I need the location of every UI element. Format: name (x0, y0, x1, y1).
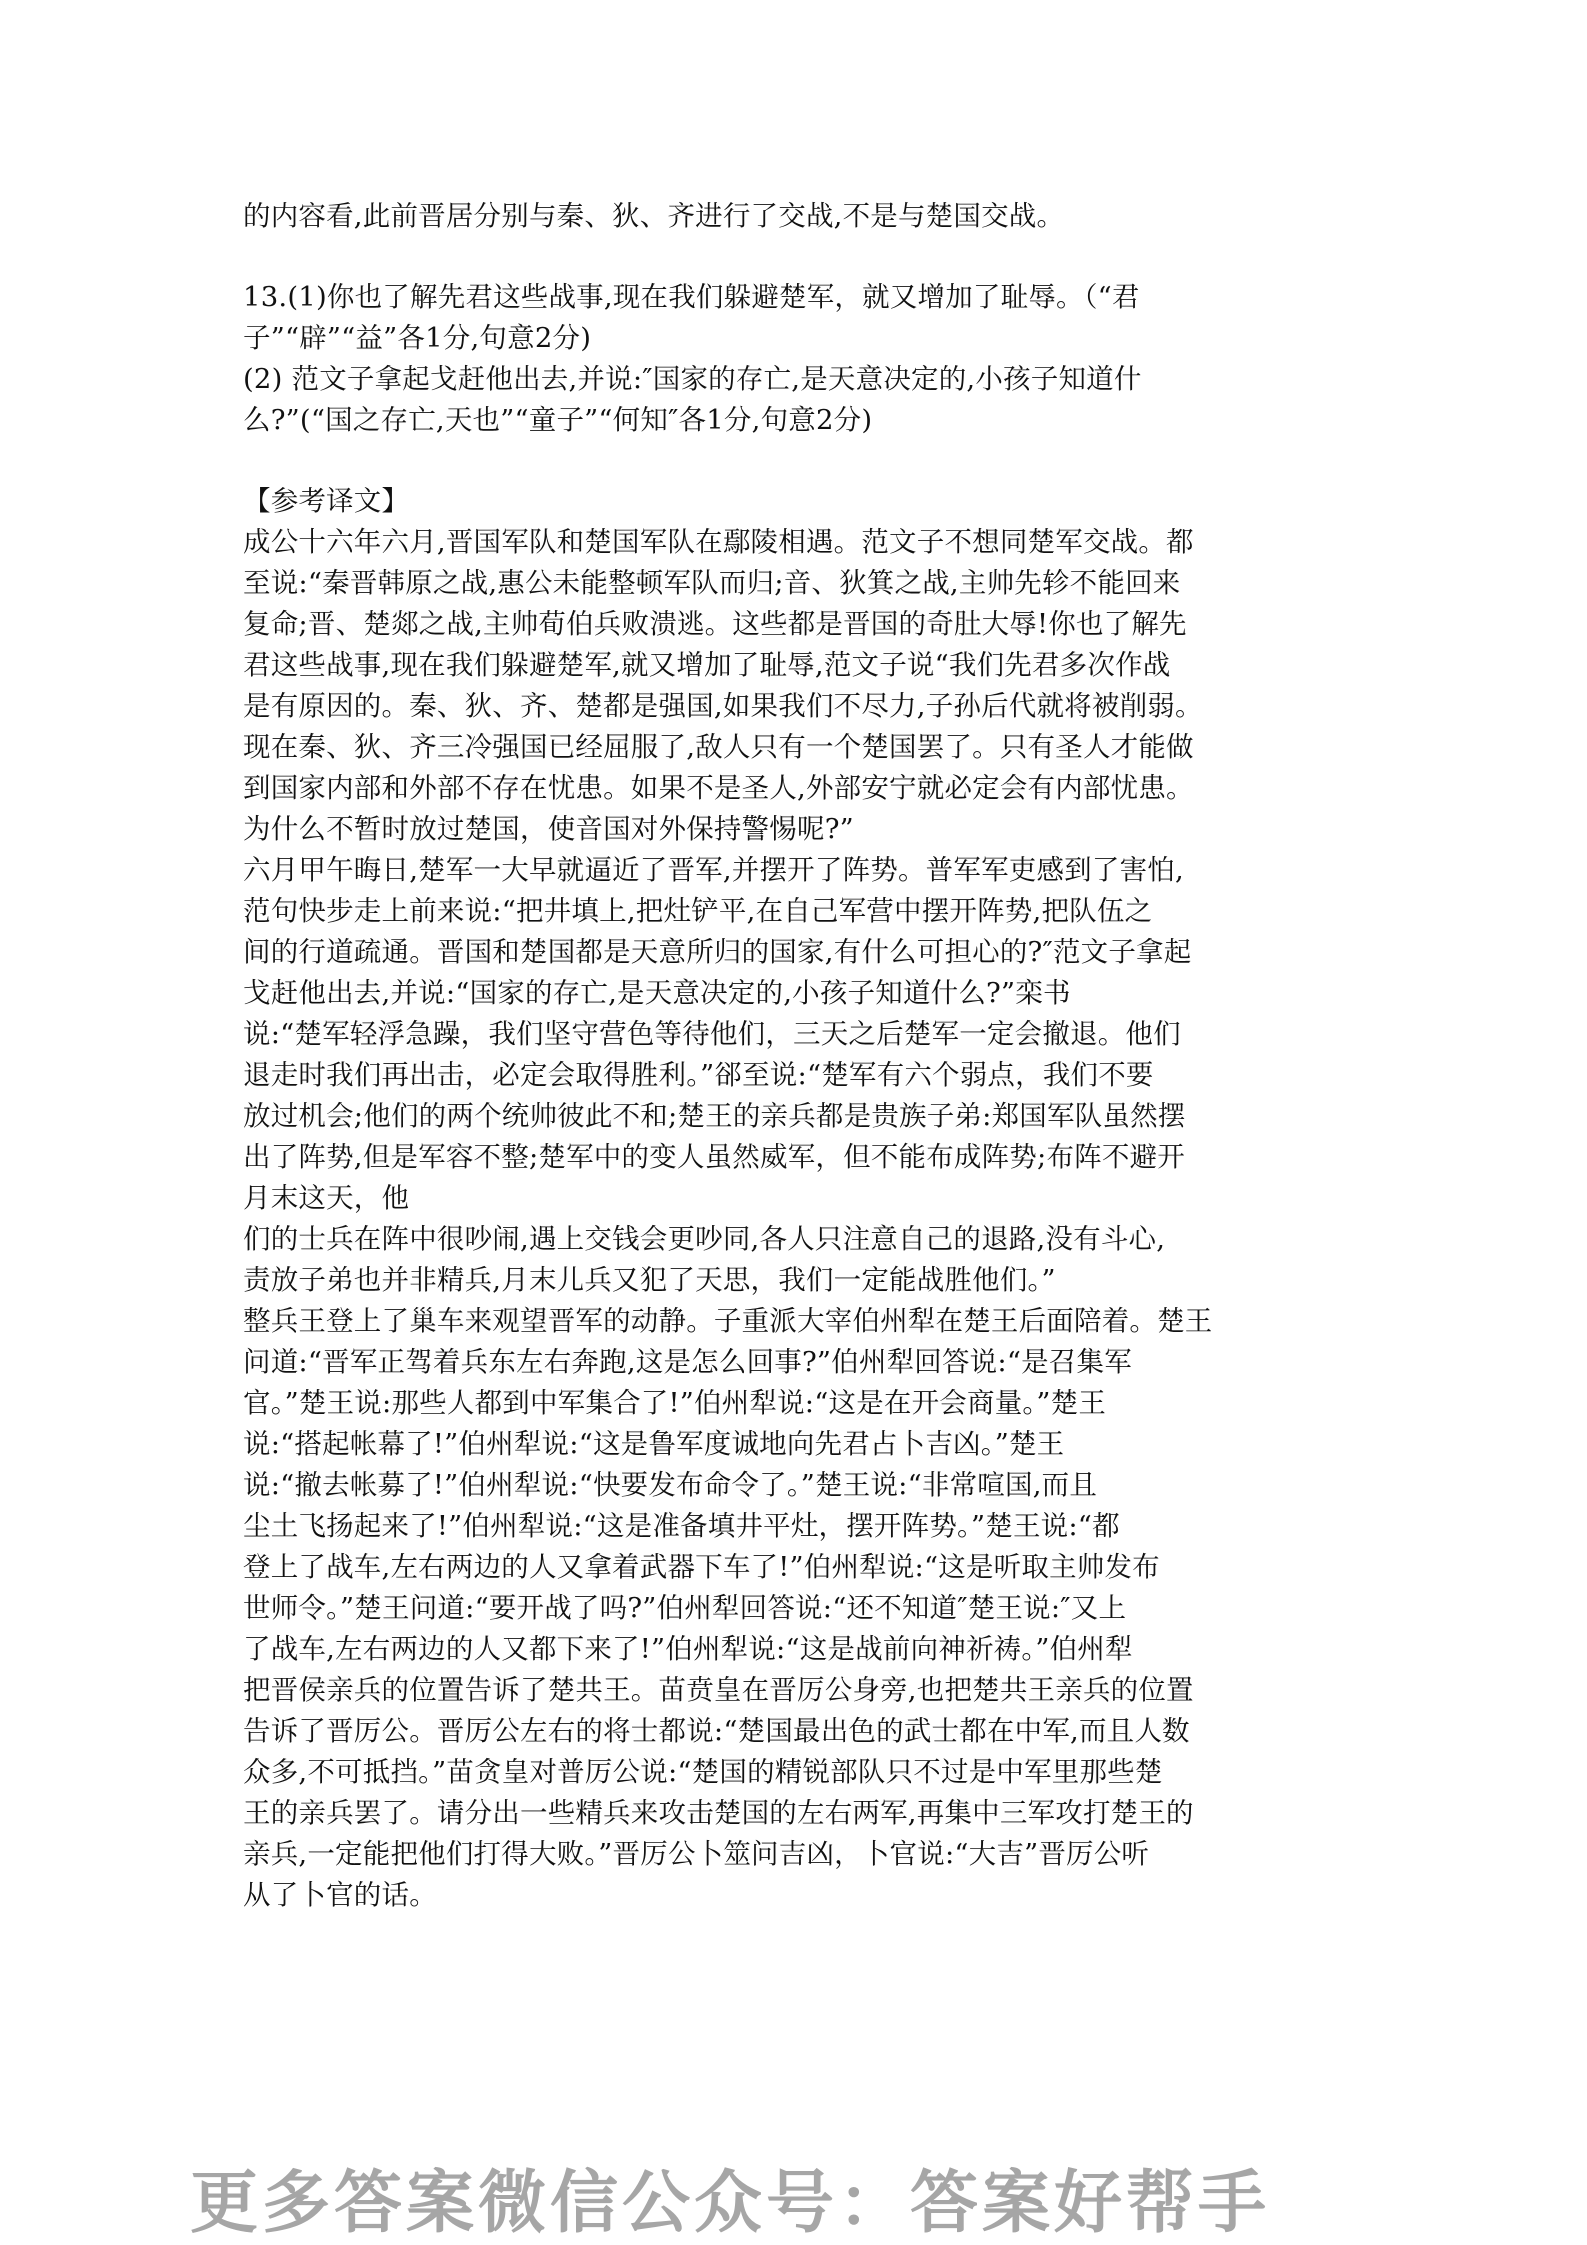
translation-line: 登上了战车,左右两边的人又拿着武器下车了!”伯州犁说:“这是听取主帅发布 (243, 1547, 1353, 1588)
answer-13-line: 么?”(“国之存亡,天也”“童子”“何知″各1分,句意2分) (243, 400, 1353, 441)
section-heading: 【参考译文】 (243, 481, 1353, 522)
translation-line: 了战车,左右两边的人又都下来了!”伯州犁说:“这是战前向神祈祷。”伯州犁 (243, 1629, 1353, 1670)
translation-line: 从了卜官的话。 (243, 1875, 1353, 1916)
translation-line: 出了阵势,但是军容不整;楚军中的变人虽然威军，但不能布成阵势;布阵不避开 (243, 1137, 1353, 1178)
translation-line: 成公十六年六月,晋国军队和楚国军队在鄢陵相遇。范文子不想同楚军交战。都 (243, 522, 1353, 563)
answer-13-line: 13.(1)你也了解先君这些战事,现在我们躲避楚军，就又增加了耻辱。（“君 (243, 277, 1353, 318)
translation-line: 六月甲午晦日,楚军一大早就逼近了晋军,并摆开了阵势。普军军吏感到了害怕, (243, 850, 1353, 891)
translation-line: 戈赶他出去,并说:“国家的存亡,是天意决定的,小孩子知道什么?”栾书 (243, 973, 1353, 1014)
translation-line: 世师令。”楚王问道:“要开战了吗?”伯州犁回答说:“还不知道″楚王说:″又上 (243, 1588, 1353, 1629)
translation-line: 至说:“秦晋韩原之战,惠公未能整顿军队而归;音、狄箕之战,主帅先轸不能回来 (243, 563, 1353, 604)
translation-line: 放过机会;他们的两个统帅彼此不和;楚王的亲兵都是贵族子弟:郑国军队虽然摆 (243, 1096, 1353, 1137)
reference-translation: 【参考译文】 成公十六年六月,晋国军队和楚国军队在鄢陵相遇。范文子不想同楚军交战… (243, 481, 1353, 1916)
watermark-banner: 更多答案微信公众号：答案好帮手 (190, 2163, 1420, 2245)
translation-line: 问道:“晋军正驾着兵东左右奔跑,这是怎么回事?”伯州犁回答说:“是召集军 (243, 1342, 1353, 1383)
answer-13-line: (2) 范文子拿起戈赶他出去,并说:″国家的存亡,是天意决定的,小孩子知道什 (243, 359, 1353, 400)
translation-line: 告诉了晋厉公。晋厉公左右的将士都说:“楚国最出色的武士都在中军,而且人数 (243, 1711, 1353, 1752)
answer-13: 13.(1)你也了解先君这些战事,现在我们躲避楚军，就又增加了耻辱。（“君 子”… (243, 277, 1353, 441)
translation-line: 们的士兵在阵中很吵闹,遇上交钱会更吵同,各人只注意自己的退路,没有斗心, (243, 1219, 1353, 1260)
answer-12-tail: 的内容看,此前晋居分别与秦、狄、齐进行了交战,不是与楚国交战。 (243, 196, 1353, 237)
translation-line: 退走时我们再出击，必定会取得胜利。”郤至说:“楚军有六个弱点，我们不要 (243, 1055, 1353, 1096)
translation-line: 范句快步走上前来说:“把井填上,把灶铲平,在自己军营中摆开阵势,把队伍之 (243, 891, 1353, 932)
document-page: 的内容看,此前晋居分别与秦、狄、齐进行了交战,不是与楚国交战。 13.(1)你也… (243, 196, 1353, 1916)
translation-line: 到国家内部和外部不存在忧患。如果不是圣人,外部安宁就必定会有内部忧患。 (243, 768, 1353, 809)
translation-line: 亲兵,一定能把他们打得大败。”晋厉公卜筮问吉凶，卜官说:“大吉”晋厉公听 (243, 1834, 1353, 1875)
translation-line: 尘土飞扬起来了!”伯州犁说:“这是准备填井平灶，摆开阵势。”楚王说:“都 (243, 1506, 1353, 1547)
translation-line: 官。”楚王说:那些人都到中军集合了!”伯州犁说:“这是在开会商量。”楚王 (243, 1383, 1353, 1424)
translation-line: 现在秦、狄、齐三冷强国已经屈服了,敌人只有一个楚国罢了。只有圣人才能做 (243, 727, 1353, 768)
translation-line: 君这些战事,现在我们躲避楚军,就又增加了耻辱,范文子说“我们先君多次作战 (243, 645, 1353, 686)
translation-line: 把晋侯亲兵的位置告诉了楚共王。苗贲皇在晋厉公身旁,也把楚共王亲兵的位置 (243, 1670, 1353, 1711)
translation-line: 责放子弟也并非精兵,月末儿兵又犯了天思，我们一定能战胜他们。” (243, 1260, 1353, 1301)
translation-line: 整兵王登上了巢车来观望晋军的动静。子重派大宰伯州犁在楚王后面陪着。楚王 (243, 1301, 1353, 1342)
translation-line: 复命;晋、楚郯之战,主帅荀伯兵败溃逃。这些都是晋国的奇肚大辱!你也了解先 (243, 604, 1353, 645)
translation-line: 是有原因的。秦、狄、齐、楚都是强国,如果我们不尽力,子孙后代就将被削弱。 (243, 686, 1353, 727)
paragraph-gap (243, 441, 1353, 481)
translation-line: 众多,不可抵挡。”苗贪皇对普厉公说:“楚国的精锐部队只不过是中军里那些楚 (243, 1752, 1353, 1793)
translation-line: 间的行道疏通。晋国和楚国都是天意所归的国家,有什么可担心的?″范文子拿起 (243, 932, 1353, 973)
translation-line: 王的亲兵罢了。请分出一些精兵来攻击楚国的左右两军,再集中三军攻打楚王的 (243, 1793, 1353, 1834)
translation-line: 为什么不暂时放过楚国，使音国对外保持警惕呢?” (243, 809, 1353, 850)
translation-line: 说:“搭起帐幕了!”伯州犁说:“这是鲁军度诚地向先君占卜吉凶。”楚王 (243, 1424, 1353, 1465)
answer-13-line: 子”“辟”“益”各1分,句意2分) (243, 318, 1353, 359)
translation-line: 说:“撤去帐募了!”伯州犁说:“快要发布命令了。”楚王说:“非常喧国,而且 (243, 1465, 1353, 1506)
paragraph-gap (243, 237, 1353, 277)
translation-line: 说:“楚军轻浮急躁，我们坚守营色等待他们，三天之后楚军一定会撤退。他们 (243, 1014, 1353, 1055)
translation-line: 月末这天，他 (243, 1178, 1353, 1219)
